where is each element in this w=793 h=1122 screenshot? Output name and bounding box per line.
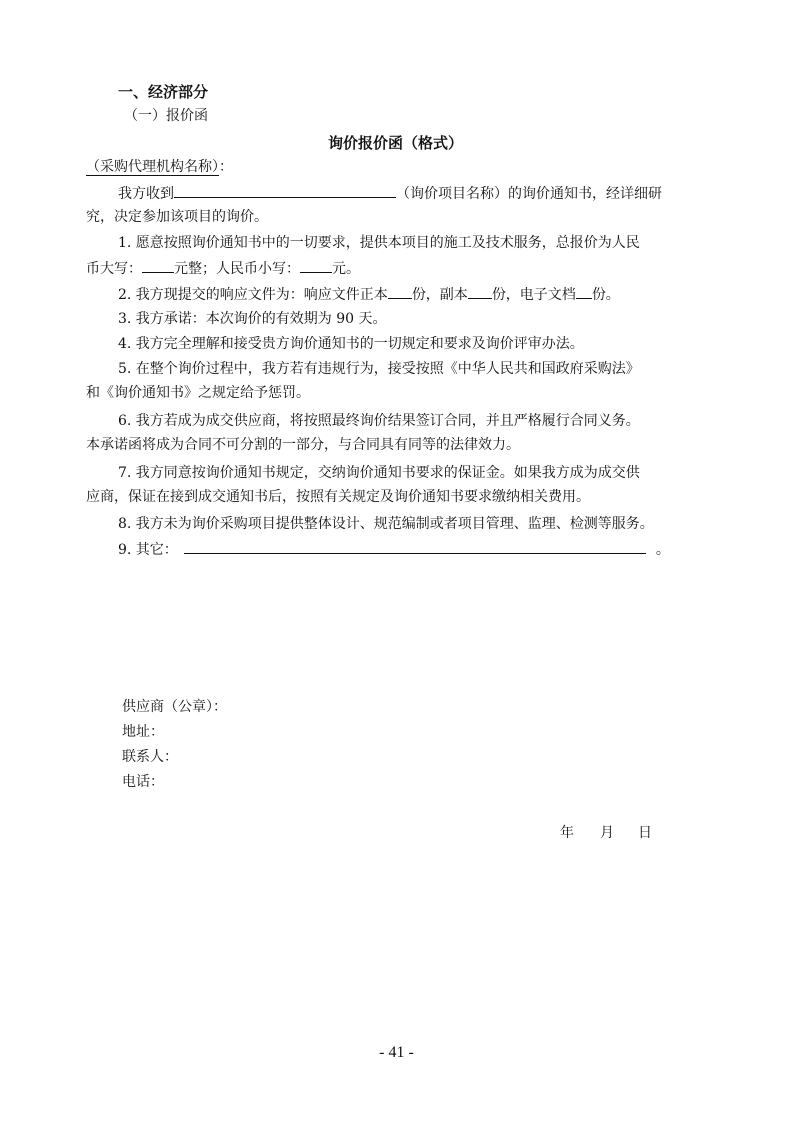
address-field: 地址： [122, 722, 164, 742]
intro-line-1: 我方收到（询价项目名称）的询价通知书，经详细研 [118, 183, 662, 204]
item2-d: 份。 [592, 287, 620, 303]
intro-text-2: （询价项目名称）的询价通知书，经详细研 [396, 186, 662, 202]
other-blank[interactable] [184, 539, 646, 554]
original-copies-blank[interactable] [388, 284, 412, 299]
electronic-copies-blank[interactable] [576, 284, 592, 299]
item9-a: 9. 其它： [118, 542, 178, 558]
item4: 4. 我方完全理解和接受贵方询价通知书的一切规定和要求及询价评审办法。 [118, 334, 584, 354]
item2-c: 份，电子文档 [492, 287, 576, 303]
doc-title: 询价报价函（格式） [328, 133, 463, 153]
item1-a: 币大写： [86, 261, 142, 277]
item1-c: 元。 [332, 261, 360, 277]
page-number: - 41 - [0, 1044, 793, 1062]
item5-line-2: 和《询价通知书》之规定给予惩罚。 [86, 383, 310, 403]
item6-line-2: 本承诺函将成为合同不可分割的一部分，与合同具有同等的法律效力。 [86, 435, 520, 455]
date-month: 月 [600, 823, 614, 843]
duplicate-copies-blank[interactable] [468, 284, 492, 299]
contact-field: 联系人： [122, 747, 178, 767]
intro-line-2: 究，决定参加该项目的询价。 [86, 207, 268, 227]
section-heading: 一、经济部分 [118, 82, 208, 102]
item2-b: 份，副本 [412, 287, 468, 303]
item9: 9. 其它：。 [118, 539, 670, 560]
item1-b: 元整；人民币小写： [174, 261, 300, 277]
date-year: 年 [560, 823, 574, 843]
item9-b: 。 [656, 542, 670, 558]
item6-line-1: 6. 我方若成为成交供应商，将按照最终询价结果签订合同，并且严格履行合同义务。 [118, 411, 640, 431]
item7-line-1: 7. 我方同意按询价通知书规定，交纳询价通知书要求的保证金。如果我方成为成交供 [118, 463, 640, 483]
item8: 8. 我方未为询价采购项目提供整体设计、规范编制或者项目管理、监理、检测等服务。 [118, 514, 654, 534]
item2: 2. 我方现提交的响应文件为：响应文件正本份，副本份，电子文档份。 [118, 284, 620, 305]
phone-field: 电话： [122, 772, 164, 792]
addressee-field[interactable]: （采购代理机构名称） [86, 159, 219, 176]
item7-line-2: 应商，保证在接到成交通知书后，按照有关规定及询价通知书要求缴纳相关费用。 [86, 487, 590, 507]
addressee-line: （采购代理机构名称）： [86, 157, 233, 177]
amount-words-blank[interactable] [142, 258, 174, 273]
item5-line-1: 5. 在整个询价过程中，我方若有违规行为，接受按照《中华人民共和国政府采购法》 [118, 359, 640, 379]
supplier-seal-field: 供应商（公章）： [122, 697, 227, 717]
subsection-heading: （一）报价函 [124, 106, 208, 126]
item2-a: 2. 我方现提交的响应文件为：响应文件正本 [118, 287, 388, 303]
amount-figures-blank[interactable] [300, 258, 332, 273]
item1-line-1: 1. 愿意按照询价通知书中的一切要求，提供本项目的施工及技术服务，总报价为人民 [118, 233, 640, 253]
date-day: 日 [638, 823, 652, 843]
intro-text: 我方收到 [118, 186, 174, 202]
project-name-blank[interactable] [174, 183, 396, 198]
addressee-colon: ： [219, 159, 233, 175]
item3: 3. 我方承诺：本次询价的有效期为 90 天。 [118, 309, 387, 329]
item1-line-2: 币大写：元整；人民币小写：元。 [86, 258, 360, 279]
